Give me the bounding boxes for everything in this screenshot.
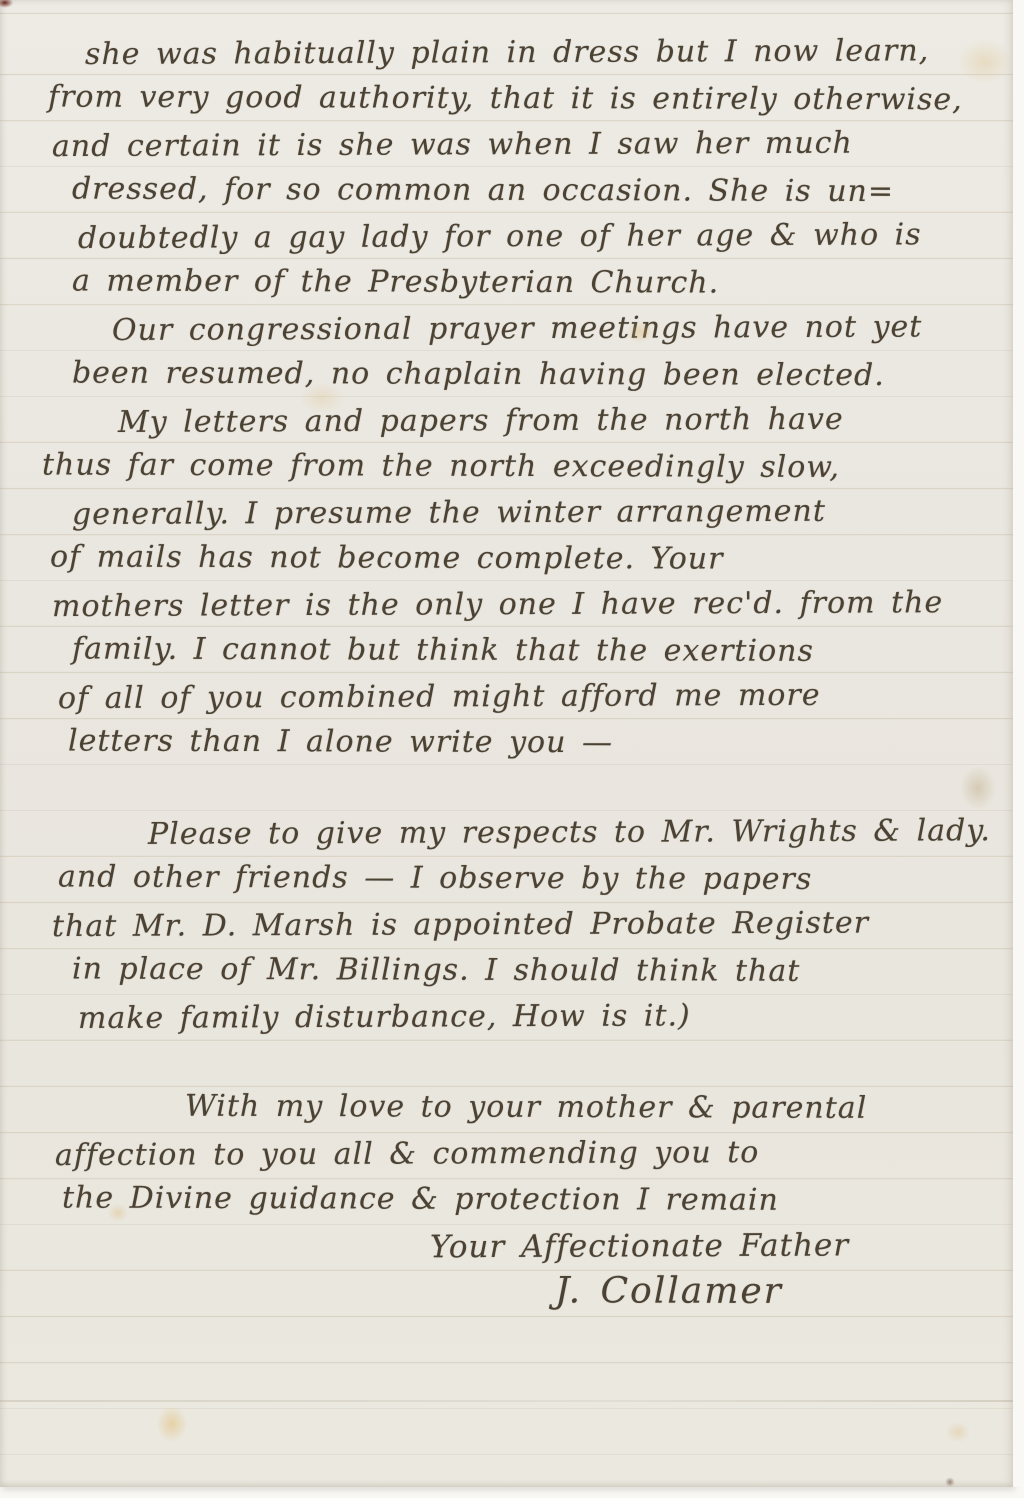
- letter-line: she was habitually plain in dress but I …: [85, 28, 1013, 78]
- letter-line: Our congressional prayer meetings have n…: [112, 304, 1013, 354]
- letter-line: of mails has not become complete. Your: [50, 534, 1013, 583]
- letter-line: the Divine guidance & protection I remai…: [62, 1176, 1013, 1225]
- letter-line: from very good authority, that it is ent…: [48, 74, 1013, 123]
- letter-line: make family disturbance, How is it.): [78, 992, 1013, 1042]
- letter-line: letters than I alone write you —: [68, 719, 1013, 768]
- letter-line: family. I cannot but think that the exer…: [72, 627, 1013, 676]
- letter-line: doubtedly a gay lady for one of her age …: [78, 212, 1013, 262]
- letter-line: dressed, for so common an occasion. She …: [72, 167, 1013, 216]
- letter-page: she was habitually plain in dress but I …: [0, 0, 1013, 1487]
- letter-line: a member of the Presbyterian Church.: [72, 259, 1013, 308]
- letter-line: generally. I presume the winter arrangem…: [72, 488, 1013, 538]
- letter-signature: J. Collamer: [555, 1268, 1013, 1315]
- letter-body: she was habitually plain in dress but I …: [0, 0, 1013, 1315]
- letter-line: mothers letter is the only one I have re…: [52, 580, 1013, 630]
- letter-line: My letters and papers from the north hav…: [118, 396, 1013, 446]
- scan-backing: [1013, 0, 1024, 1487]
- fold-crease: [0, 1400, 1013, 1402]
- letter-line: affection to you all & commending you to: [55, 1129, 1013, 1179]
- letter-line: in place of Mr. Billings. I should think…: [72, 947, 1013, 996]
- scanned-letter-page: { "document": { "kind": "handwritten-let…: [0, 0, 1024, 1498]
- letter-line: and certain it is she was when I saw her…: [52, 120, 1013, 170]
- letter-line: thus far come from the north exceedingly…: [42, 442, 1013, 491]
- letter-line: been resumed, no chaplain having been el…: [72, 351, 1013, 400]
- letter-line: that Mr. D. Marsh is appointed Probate R…: [52, 900, 1013, 950]
- letter-line: of all of you combined might afford me m…: [58, 672, 1013, 722]
- letter-line: Please to give my respects to Mr. Wright…: [148, 808, 1013, 858]
- letter-closing: Your Affectionate Father: [430, 1222, 1013, 1271]
- letter-line: With my love to your mother & parental: [185, 1084, 1013, 1133]
- letter-line: and other friends — I observe by the pap…: [58, 855, 1013, 904]
